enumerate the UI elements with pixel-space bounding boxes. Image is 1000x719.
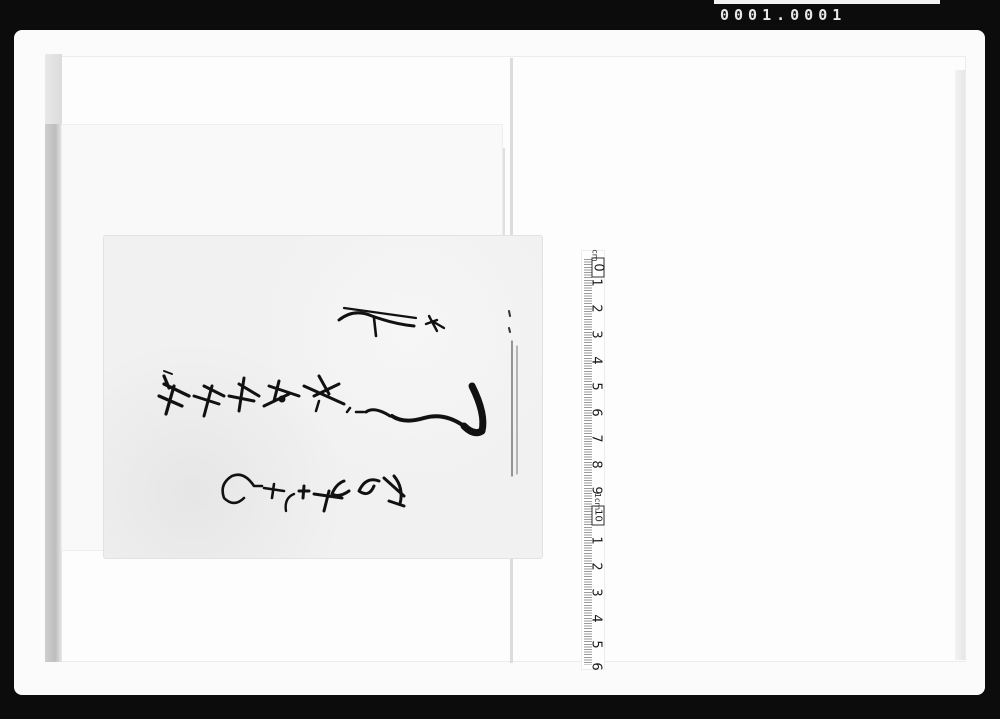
spine-shadow — [45, 54, 62, 662]
ruler-label-11: 1 — [589, 533, 604, 549]
ruler-label-12: 2 — [589, 559, 604, 575]
frame-counter: 0001.0001 — [720, 6, 846, 24]
ruler-label-4: 4 — [589, 353, 604, 369]
ruler-label-8: 8 — [589, 457, 604, 473]
spine-shadow-top — [45, 54, 62, 124]
ruler-label-1: 1 — [589, 275, 604, 291]
ruler-label-13: 3 — [589, 585, 604, 601]
ruler-label-7: 7 — [589, 431, 604, 447]
right-edge-shadow — [955, 70, 965, 660]
ruler-label-3: 3 — [589, 327, 604, 343]
ruler-label-10: 10 — [592, 506, 605, 526]
film-top-strip — [714, 0, 940, 4]
center-fold-line-secondary — [503, 148, 505, 238]
calligraphy-strokes — [104, 236, 542, 558]
ruler-label-5: 5 — [589, 379, 604, 395]
ruler-label-15: 5 — [589, 637, 604, 653]
measurement-ruler: cm 0 1 2 3 4 5 6 7 8 9 1cm 10 1 2 3 4 5 … — [582, 251, 604, 669]
ruler-label-2: 2 — [589, 301, 604, 317]
ruler-label-6: 6 — [589, 405, 604, 421]
handwritten-document — [104, 236, 542, 558]
ruler-label-14: 4 — [589, 611, 604, 627]
ruler-label-16: 6 — [589, 659, 604, 675]
